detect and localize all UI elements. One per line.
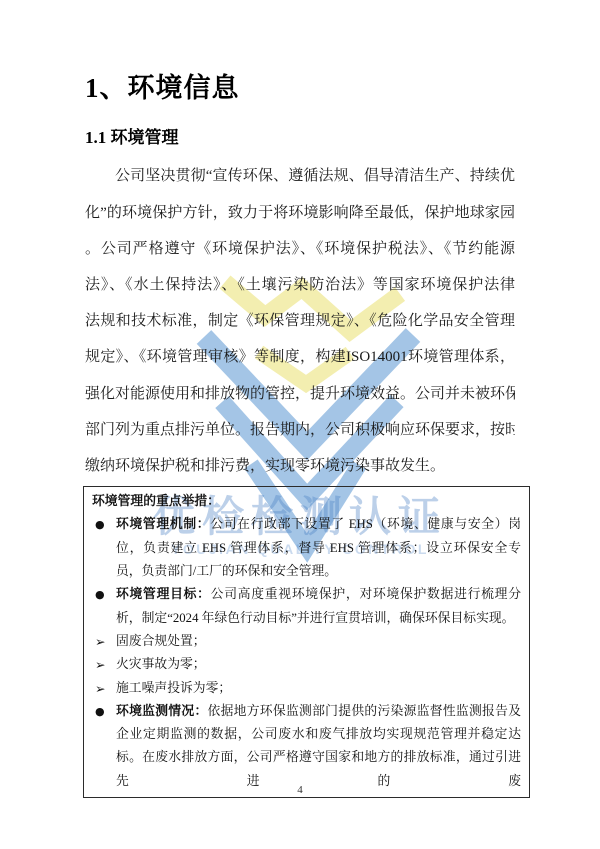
- box-item: ●环境管理目标：公司高度重视环境保护，对环境保护数据进行梳理分析，制定“2024…: [92, 583, 521, 630]
- box-item-label: 环境监测情况：: [116, 704, 208, 718]
- disc-bullet-icon: ●: [95, 700, 116, 723]
- section-heading: 1、环境信息: [85, 73, 515, 104]
- box-item-list: ●环境管理机制：公司在行政部下设置了 EHS（环境、健康与安全）岗位，负责建立 …: [92, 513, 521, 793]
- box-item: ➢施工噪声投诉为零；: [92, 677, 521, 700]
- arrow-bullet-icon: ➢: [95, 630, 116, 653]
- disc-bullet-icon: ●: [95, 513, 116, 536]
- highlight-box: 环境管理的重点举措： ●环境管理机制：公司在行政部下设置了 EHS（环境、健康与…: [83, 486, 530, 798]
- arrow-bullet-icon: ➢: [95, 653, 116, 676]
- box-item-text: 环境管理目标：公司高度重视环境保护，对环境保护数据进行梳理分析，制定“2024 …: [116, 583, 521, 630]
- body-paragraph: 公司坚决贯彻“宣传环保、遵循法规、倡导清洁生产、持续优化”的环境保护方针，致力于…: [85, 158, 515, 484]
- box-item: ➢固废合规处置；: [92, 630, 521, 653]
- paragraph-line: 规定》、《环境管理审核》等制度，构建ISO14001环境管理体系，: [85, 339, 515, 375]
- paragraph-line: 部门列为重点排污单位。报告期内，公司积极响应环保要求，按时: [85, 412, 515, 448]
- box-item: ●环境监测情况：依据地方环保监测部门提供的污染源监督性监测报告及企业定期监测的数…: [92, 700, 521, 793]
- page-number: 4: [0, 784, 600, 796]
- box-item-text: 火灾事故为零；: [116, 653, 521, 676]
- box-item-text: 固废合规处置；: [116, 630, 521, 653]
- arrow-bullet-icon: ➢: [95, 677, 116, 700]
- box-item: ➢火灾事故为零；: [92, 653, 521, 676]
- box-item-text: 环境管理机制：公司在行政部下设置了 EHS（环境、健康与安全）岗位，负责建立 E…: [116, 513, 521, 583]
- page-content: 1、环境信息 1.1 环境管理 公司坚决贯彻“宣传环保、遵循法规、倡导清洁生产、…: [0, 73, 600, 798]
- box-item-text: 施工噪声投诉为零；: [116, 677, 521, 700]
- paragraph-line: 缴纳环境保护税和排污费，实现零环境污染事故发生。: [85, 448, 515, 484]
- paragraph-line: 强化对能源使用和排放物的管控，提升环境效益。公司并未被环保: [85, 376, 515, 412]
- disc-bullet-icon: ●: [95, 583, 116, 606]
- box-item-label: 环境管理机制：: [116, 517, 210, 531]
- paragraph-line: 化”的环境保护方针，致力于将环境影响降至最低，保护地球家园: [85, 195, 515, 231]
- box-title: 环境管理的重点举措：: [92, 490, 521, 513]
- box-item: ●环境管理机制：公司在行政部下设置了 EHS（环境、健康与安全）岗位，负责建立 …: [92, 513, 521, 583]
- document-page: 优检检测认证 YOUJIAN QUALITY CONTROL 1、环境信息 1.…: [0, 0, 600, 849]
- paragraph-line: 法》、《水土保持法》、《土壤污染防治法》等国家环境保护法律: [85, 267, 515, 303]
- box-item-label: 环境管理目标：: [116, 587, 211, 601]
- paragraph-line: 公司坚决贯彻“宣传环保、遵循法规、倡导清洁生产、持续优: [85, 158, 515, 194]
- subsection-heading: 1.1 环境管理: [85, 128, 515, 148]
- paragraph-line: 。公司严格遵守《环境保护法》、《环境保护税法》、《节约能源: [85, 231, 515, 267]
- paragraph-line: 法规和技术标准，制定《环保管理规定》、《危险化学品安全管理: [85, 303, 515, 339]
- box-item-text: 环境监测情况：依据地方环保监测部门提供的污染源监督性监测报告及企业定期监测的数据…: [116, 700, 521, 793]
